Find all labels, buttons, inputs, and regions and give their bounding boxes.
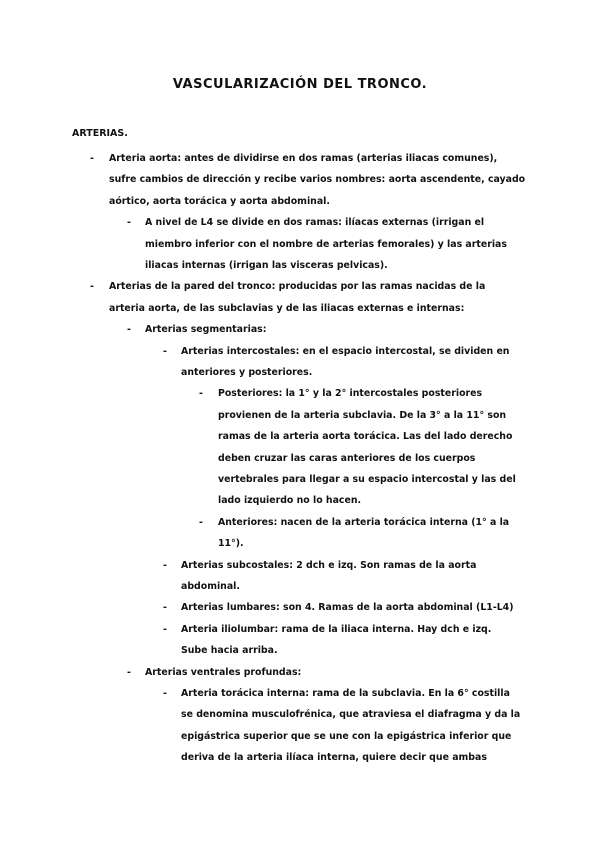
text-line: Arterias intercostales: en el espacio in… (181, 341, 509, 362)
text-line: provienen de la arteria subclavia. De la… (218, 405, 516, 426)
text-line: lado izquierdo no lo hacen. (218, 490, 516, 511)
bullet-dash: - (163, 602, 167, 613)
text-line: anteriores y posteriores. (181, 362, 509, 383)
list-item-level-2: Arterias ventrales profundas: (145, 662, 301, 683)
list-item-level-4: Posteriores: la 1° y la 2° intercostales… (218, 383, 516, 511)
list-item-level-3: Arterias subcostales: 2 dch e izq. Son r… (181, 555, 476, 598)
text-line: Anteriores: nacen de la arteria torácica… (218, 512, 509, 533)
text-line: 11°). (218, 533, 509, 554)
list-item-level-1: Arterias de la pared del tronco: produci… (109, 276, 485, 319)
bullet-dash: - (163, 560, 167, 571)
text-line: Arteria aorta: antes de dividirse en dos… (109, 148, 525, 169)
list-item-level-4: Anteriores: nacen de la arteria torácica… (218, 512, 509, 555)
text-line: arteria aorta, de las subclavias y de la… (109, 298, 485, 319)
text-line: Arteria torácica interna: rama de la sub… (181, 683, 520, 704)
document-title: VASCULARIZACIÓN DEL TRONCO. (0, 77, 600, 92)
section-heading-arterias: ARTERIAS. (72, 128, 128, 139)
text-line: aórtico, aorta torácica y aorta abdomina… (109, 191, 525, 212)
list-item-level-2: Arterias segmentarias: (145, 319, 266, 340)
text-line: deriva de la arteria ilíaca interna, qui… (181, 747, 520, 768)
text-line: deben cruzar las caras anteriores de los… (218, 448, 516, 469)
text-line: Arterias ventrales profundas: (145, 662, 301, 683)
text-line: miembro inferior con el nombre de arteri… (145, 234, 507, 255)
text-line: Arterias lumbares: son 4. Ramas de la ao… (181, 597, 514, 618)
bullet-dash: - (127, 324, 131, 335)
text-line: sufre cambios de dirección y recibe vari… (109, 169, 525, 190)
bullet-dash: - (199, 388, 203, 399)
bullet-dash: - (90, 281, 94, 292)
text-line: A nivel de L4 se divide en dos ramas: il… (145, 212, 507, 233)
text-line: vertebrales para llegar a su espacio int… (218, 469, 516, 490)
bullet-dash: - (163, 688, 167, 699)
bullet-dash: - (163, 346, 167, 357)
list-item-level-2: A nivel de L4 se divide en dos ramas: il… (145, 212, 507, 276)
list-item-level-3: Arterias intercostales: en el espacio in… (181, 341, 509, 384)
bullet-dash: - (127, 217, 131, 228)
text-line: Arterias de la pared del tronco: produci… (109, 276, 485, 297)
text-line: Posteriores: la 1° y la 2° intercostales… (218, 383, 516, 404)
text-line: epigástrica superior que se une con la e… (181, 726, 520, 747)
text-line: Arterias subcostales: 2 dch e izq. Son r… (181, 555, 476, 576)
text-line: Arteria iliolumbar: rama de la iliaca in… (181, 619, 491, 640)
text-line: Sube hacia arriba. (181, 640, 491, 661)
list-item-level-1: Arteria aorta: antes de dividirse en dos… (109, 148, 525, 212)
bullet-dash: - (163, 624, 167, 635)
text-line: se denomina musculofrénica, que atravies… (181, 704, 520, 725)
bullet-dash: - (90, 153, 94, 164)
bullet-dash: - (127, 667, 131, 678)
text-line: abdominal. (181, 576, 476, 597)
list-item-level-3: Arteria torácica interna: rama de la sub… (181, 683, 520, 769)
list-item-level-3: Arterias lumbares: son 4. Ramas de la ao… (181, 597, 514, 618)
list-item-level-3: Arteria iliolumbar: rama de la iliaca in… (181, 619, 491, 662)
text-line: Arterias segmentarias: (145, 319, 266, 340)
text-line: ramas de la arteria aorta torácica. Las … (218, 426, 516, 447)
text-line: iliacas internas (irrigan las visceras p… (145, 255, 507, 276)
bullet-dash: - (199, 517, 203, 528)
